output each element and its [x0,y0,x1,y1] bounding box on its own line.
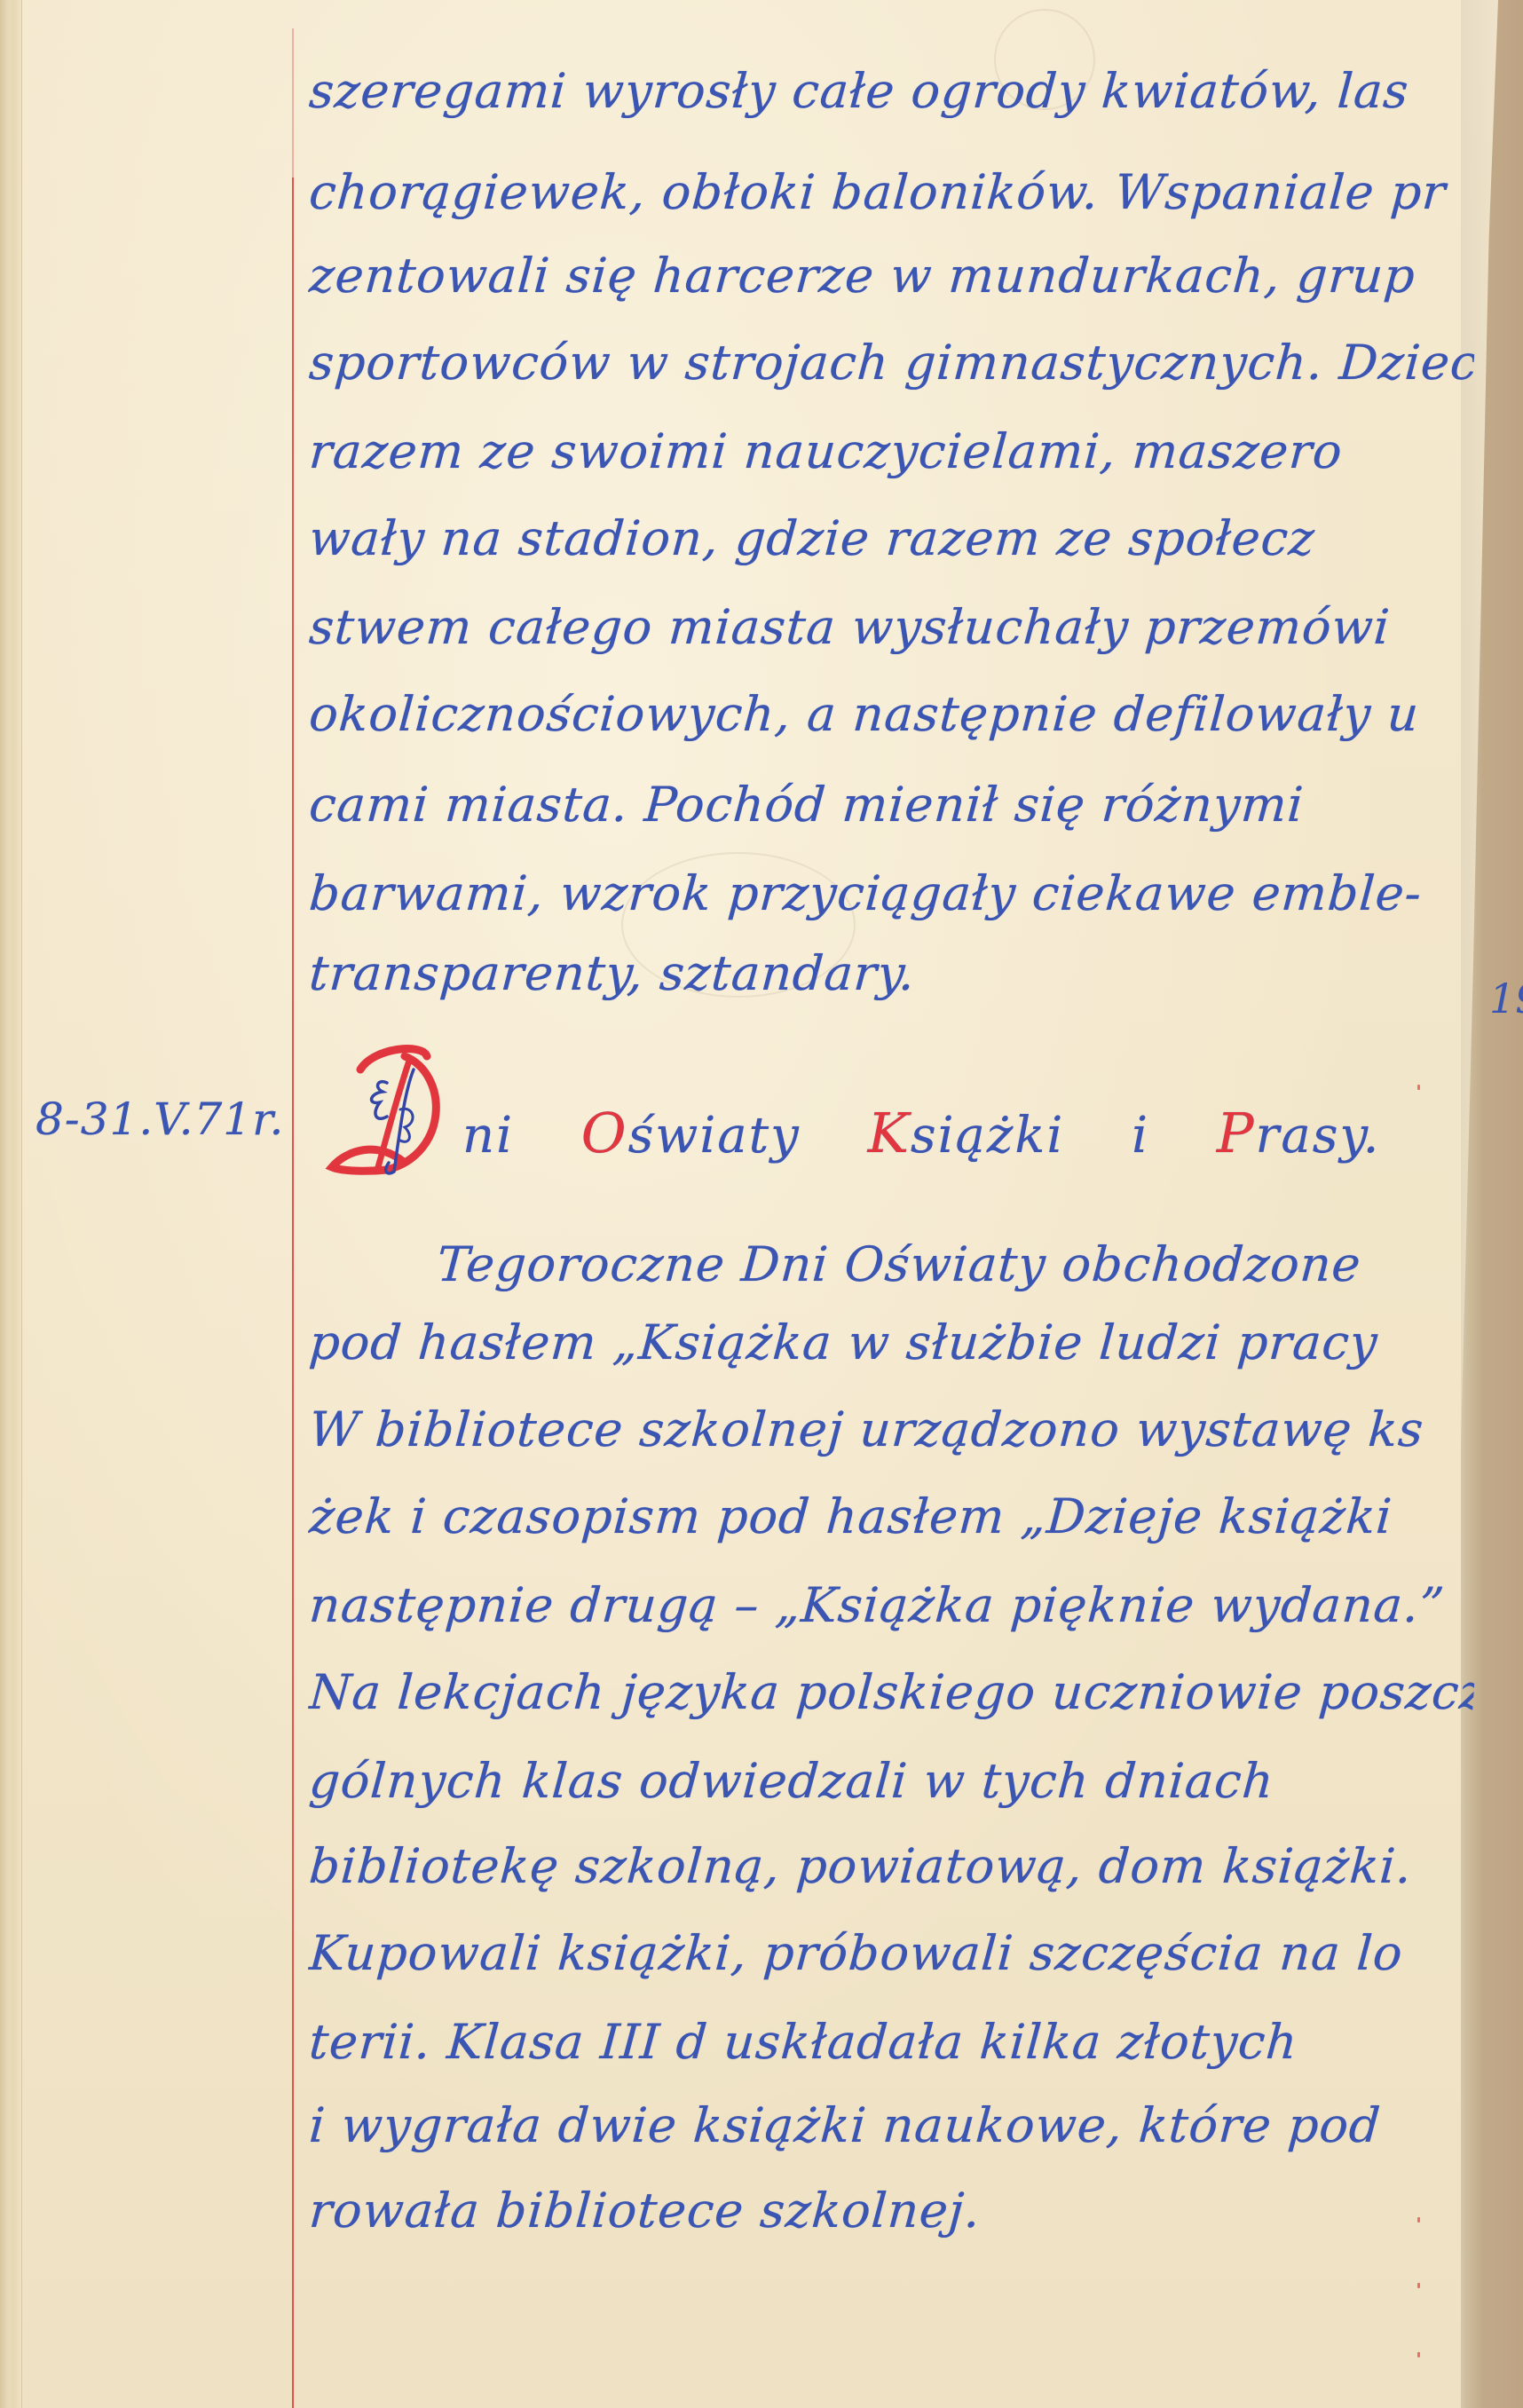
text-line: sportowców w strojach gimnastycznych. Dz… [307,332,1476,394]
text-line: stwem całego miasta wysłuchały przemówi [307,596,1476,659]
title-word: i [1132,1107,1149,1165]
text-line: i wygrała dwie książki naukowe, które po… [307,2095,1476,2157]
ink-mark [1417,2352,1420,2357]
text-line: Kupowali książki, próbowali szczęścia na… [307,1922,1476,1985]
margin-line-top-faded [292,28,294,179]
title-text: ni Oświaty Książki i Prasy. [462,1101,1430,1165]
text-line: Na lekcjach języka polskiego uczniowie p… [307,1662,1476,1724]
page-number: 19 [1489,975,1523,1022]
text-line: transparenty, sztandary. [307,943,1476,1005]
title-word: Prasy. [1217,1107,1381,1165]
margin-line [292,178,294,2408]
decorative-initial-d-icon [325,1038,458,1180]
ink-mark [1417,2217,1420,2222]
margin-date: 8-31.V.71r. [36,1093,284,1145]
text-line: terii. Klasa III d uskładała kilka złoty… [307,2011,1476,2073]
text-line: szeregami wyrosły całe ogrody kwiatów, l… [307,60,1476,122]
text-line: razem ze swoimi nauczycielami, maszero [307,421,1476,483]
ink-mark [1417,2283,1420,2288]
section-title: ni Oświaty Książki i Prasy. [307,1038,1461,1180]
text-line: bibliotekę szkolną, powiatową, dom książ… [307,1836,1476,1898]
title-word: Książki [868,1107,1065,1165]
ink-mark [1417,1085,1420,1090]
text-line: następnie drugą – „Książka pięknie wydan… [307,1575,1476,1637]
text-line: W bibliotece szkolnej urządzono wystawę … [307,1399,1476,1461]
text-line: żek i czasopism pod hasłem „Dzieje książ… [307,1486,1476,1548]
text-line: rowała bibliotece szkolnej. [307,2180,1476,2242]
title-word: ni [462,1107,514,1165]
binding-edge [0,0,22,2408]
text-line: okolicznościowych, a następnie defilował… [307,683,1476,746]
text-line: Tegoroczne Dni Oświaty obchodzone [435,1234,1476,1296]
text-line: gólnych klas odwiedzali w tych dniach [307,1750,1476,1812]
text-line: wały na stadion, gdzie razem ze społecz [307,508,1476,570]
text-line: barwami, wzrok przyciągały ciekawe emble… [307,863,1476,925]
title-word: Oświaty [581,1107,801,1165]
text-line: chorągiewek, obłoki baloników. Wspaniale… [307,162,1476,224]
text-line: cami miasta. Pochód mienił się różnymi [307,774,1476,836]
text-line: zentowali się harcerze w mundurkach, gru… [307,245,1476,307]
text-line: pod hasłem „Książka w służbie ludzi prac… [307,1312,1476,1374]
